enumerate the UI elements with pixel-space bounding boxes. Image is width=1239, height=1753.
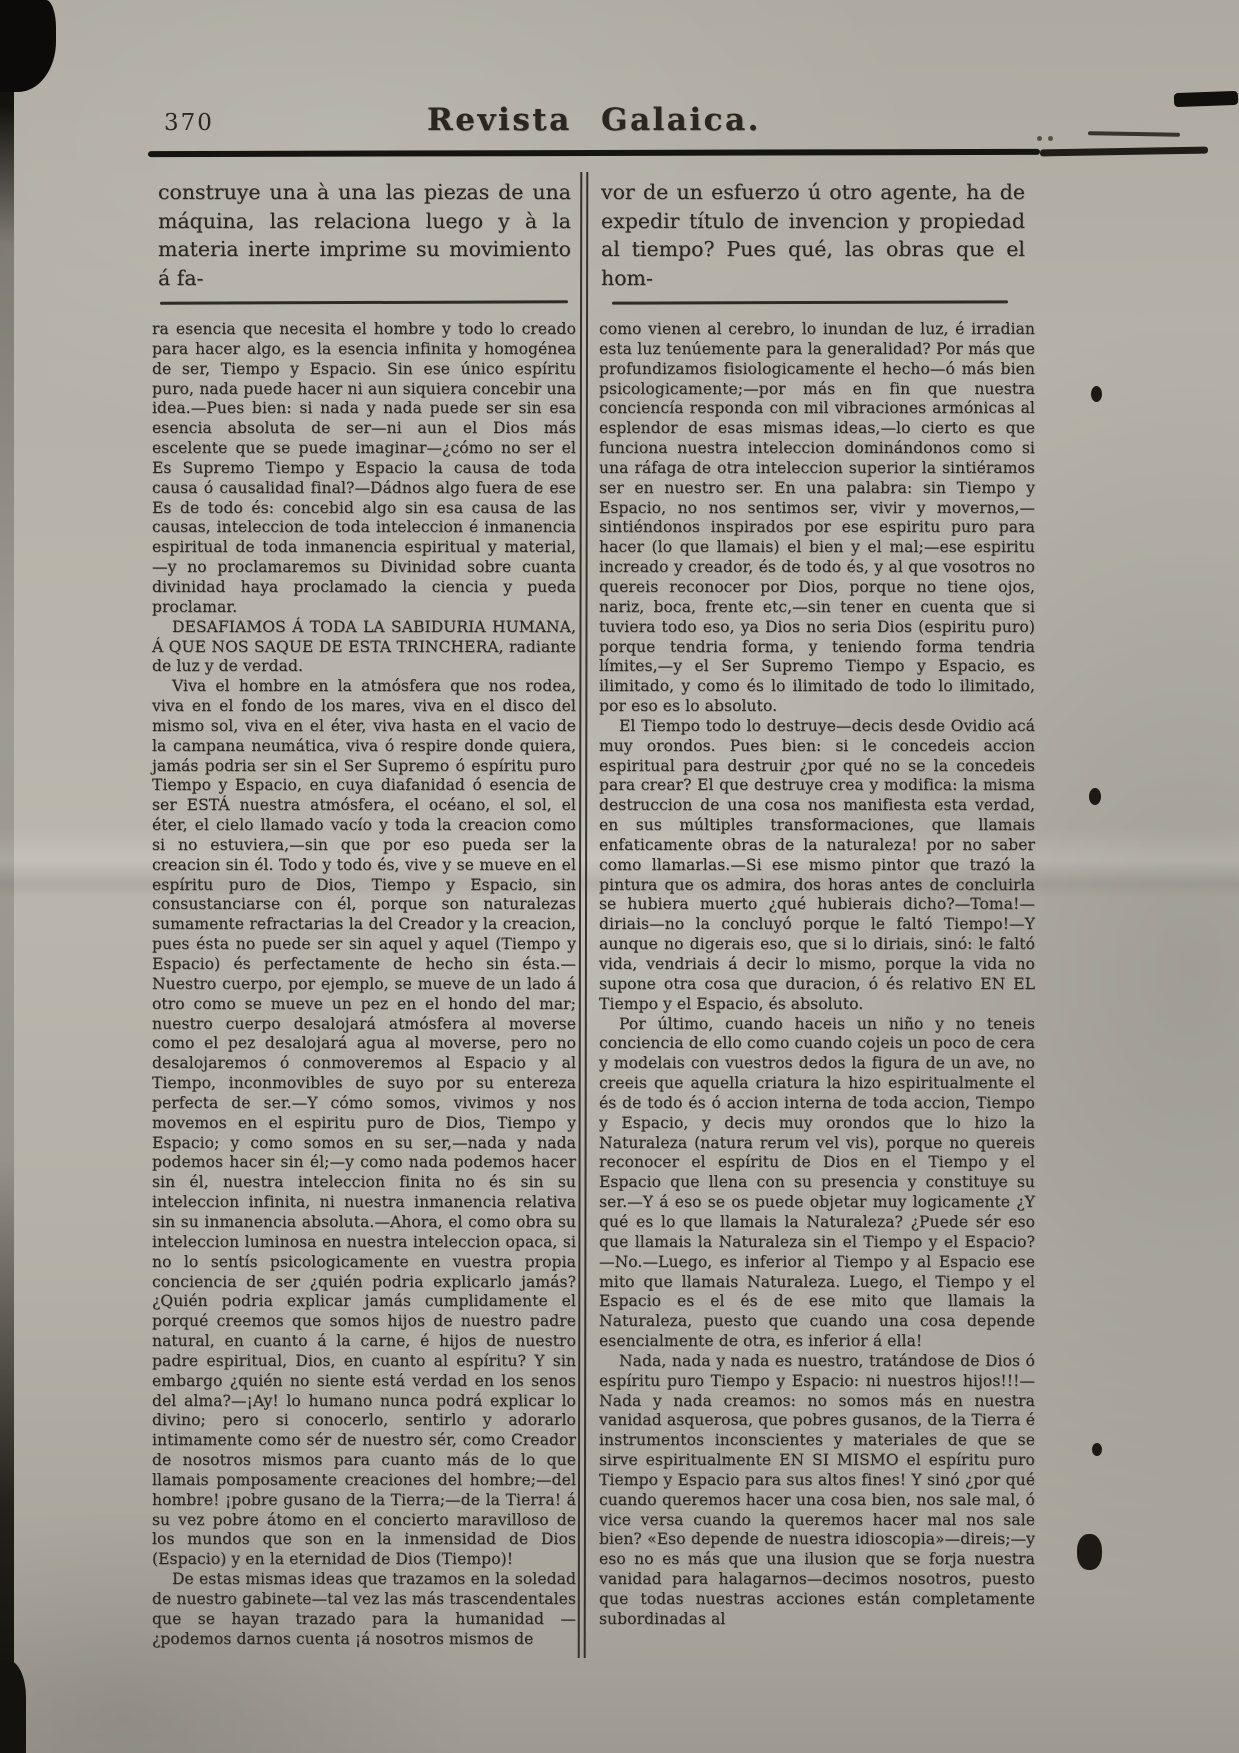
header-rule [148, 149, 1040, 157]
paragraph: Viva el hombre en la atmósfera que nos r… [152, 677, 576, 1570]
paragraph: Nada, nada y nada es nuestro, tratándose… [599, 1352, 1035, 1630]
binding-hole-mark [1077, 1534, 1102, 1570]
ink-dots-smudge [1037, 126, 1063, 132]
binding-hole-mark [1089, 788, 1101, 805]
left-column: ra esencia que necesita el hombre y todo… [152, 320, 576, 1650]
scanned-page: 370 Revista Galaica. construye una à una… [0, 0, 1239, 1753]
paragraph-smallcaps: DESAFIAMOS Á TODA LA SABIDURIA HUMANA, Á… [152, 618, 576, 678]
binding-hole-mark [1092, 1443, 1102, 1456]
paragraph: ra esencia que necesita el hombre y todo… [152, 320, 576, 618]
paragraph: El Tiempo todo lo destruye—decis desde O… [599, 717, 1035, 1015]
paragraph: De estas mismas ideas que trazamos en la… [152, 1570, 576, 1649]
section-rule-right [612, 300, 1008, 304]
right-column: como vienen al cerebro, lo inundan de lu… [599, 320, 1035, 1630]
column-divider-rule [578, 172, 589, 1658]
intro-paragraph-left: construye una à una las piezas de una má… [158, 178, 571, 292]
paragraph: Por último, cuando haceis un niño y no t… [599, 1015, 1035, 1352]
header-rule-right-segment [1040, 147, 1208, 157]
ink-line-smudge [1088, 131, 1180, 137]
ink-blob-top-left [0, 0, 56, 92]
section-rule-left [160, 300, 568, 304]
ink-blob-bottom-left [0, 1660, 26, 1753]
page-title: Revista Galaica. [150, 102, 1038, 138]
intro-paragraph-right: vor de un esfuerzo ú otro agente, ha de … [601, 178, 1025, 292]
binding-hole-mark [1091, 386, 1102, 402]
ink-dash-top-right [1174, 91, 1238, 107]
paragraph: como vienen al cerebro, lo inundan de lu… [599, 320, 1035, 717]
